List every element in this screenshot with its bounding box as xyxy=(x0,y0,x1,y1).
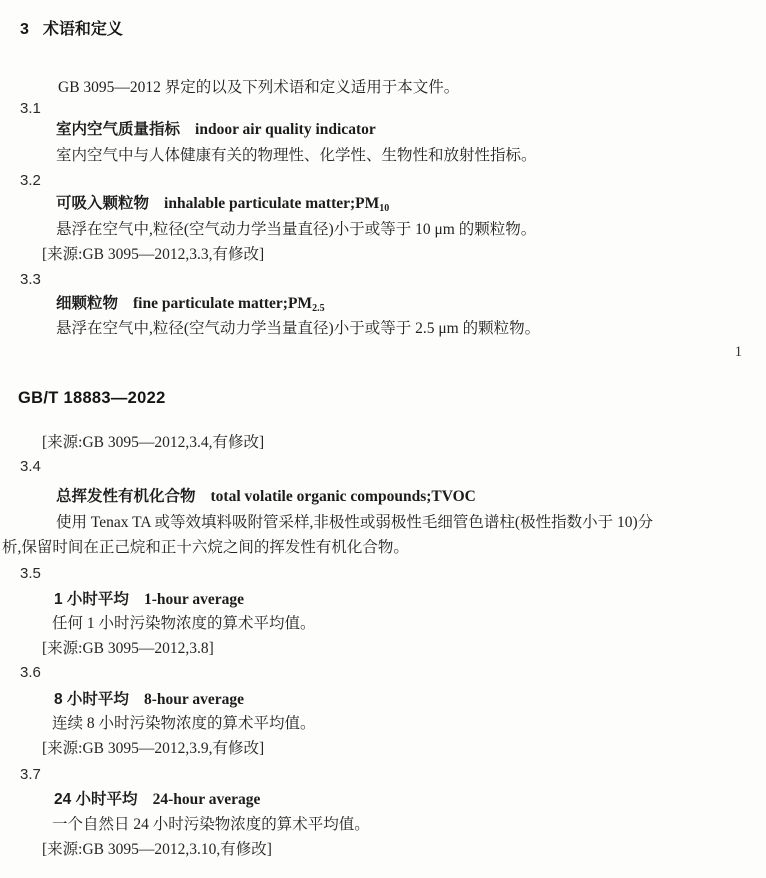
term-3-5-zh: 1 小时平均 xyxy=(54,591,129,608)
term-3-2-number: 3.2 xyxy=(20,172,41,190)
term-3-1-title: 室内空气质量指标indoor air quality indicator xyxy=(56,121,376,139)
term-3-3-number: 3.3 xyxy=(20,271,41,289)
term-3-4-definition-line2: 析,保留时间在正己烷和正十六烷之间的挥发性有机化合物。 xyxy=(2,539,409,557)
term-3-1-en: indoor air quality indicator xyxy=(195,121,376,138)
term-3-3-zh: 细颗粒物 xyxy=(56,295,118,312)
term-3-4-definition-line1: 使用 Tenax TA 或等效填料吸附管采样,非极性或弱极性毛细管色谱柱(极性指… xyxy=(56,514,653,532)
term-3-5-title: 1 小时平均1-hour average xyxy=(54,591,244,609)
term-3-2-definition: 悬浮在空气中,粒径(空气动力学当量直径)小于或等于 10 μm 的颗粒物。 xyxy=(56,221,536,239)
term-3-5-source: [来源:GB 3095—2012,3.8] xyxy=(42,640,214,658)
term-3-5-number: 3.5 xyxy=(20,565,41,583)
term-3-3-source: [来源:GB 3095—2012,3.4,有修改] xyxy=(42,434,264,452)
term-3-3-en: fine particulate matter;PM xyxy=(133,295,312,312)
term-3-7-en: 24-hour average xyxy=(153,791,261,808)
term-3-7-zh: 24 小时平均 xyxy=(54,791,138,808)
term-3-7-title: 24 小时平均24-hour average xyxy=(54,791,260,809)
clause-number: 3 xyxy=(20,21,29,38)
term-3-6-title: 8 小时平均8-hour average xyxy=(54,691,244,709)
term-3-6-en: 8-hour average xyxy=(144,691,244,708)
term-3-1-number: 3.1 xyxy=(20,100,41,118)
clause-heading: 3术语和定义 xyxy=(20,21,123,39)
document-page: 3术语和定义 GB 3095—2012 界定的以及下列术语和定义适用于本文件。 … xyxy=(0,0,766,878)
term-3-3-definition: 悬浮在空气中,粒径(空气动力学当量直径)小于或等于 2.5 μm 的颗粒物。 xyxy=(56,320,540,338)
term-3-5-definition: 任何 1 小时污染物浓度的算术平均值。 xyxy=(52,615,316,633)
intro-paragraph: GB 3095—2012 界定的以及下列术语和定义适用于本文件。 xyxy=(58,79,459,97)
term-3-6-source: [来源:GB 3095—2012,3.9,有修改] xyxy=(42,740,264,758)
term-3-2-sub: 10 xyxy=(379,203,389,214)
term-3-7-source: [来源:GB 3095—2012,3.10,有修改] xyxy=(42,841,272,859)
term-3-2-zh: 可吸入颗粒物 xyxy=(56,195,149,212)
term-3-7-definition: 一个自然日 24 小时污染物浓度的算术平均值。 xyxy=(52,816,370,834)
term-3-4-title: 总挥发性有机化合物total volatile organic compound… xyxy=(56,488,476,506)
term-3-7-number: 3.7 xyxy=(20,766,41,784)
running-header: GB/T 18883—2022 xyxy=(18,389,166,407)
term-3-3-title: 细颗粒物fine particulate matter;PM2.5 xyxy=(56,295,325,313)
term-3-3-sub: 2.5 xyxy=(312,303,325,314)
term-3-1-zh: 室内空气质量指标 xyxy=(56,121,180,138)
term-3-2-title: 可吸入颗粒物inhalable particulate matter;PM10 xyxy=(56,195,389,213)
term-3-6-zh: 8 小时平均 xyxy=(54,691,129,708)
term-3-6-definition: 连续 8 小时污染物浓度的算术平均值。 xyxy=(52,715,316,733)
term-3-2-en: inhalable particulate matter;PM xyxy=(164,195,379,212)
term-3-2-source: [来源:GB 3095—2012,3.3,有修改] xyxy=(42,246,264,264)
clause-title: 术语和定义 xyxy=(43,21,123,38)
term-3-4-number: 3.4 xyxy=(20,458,41,476)
term-3-5-en: 1-hour average xyxy=(144,591,244,608)
term-3-1-definition: 室内空气中与人体健康有关的物理性、化学性、生物性和放射性指标。 xyxy=(56,147,537,165)
page-number: 1 xyxy=(735,343,742,361)
term-3-4-en: total volatile organic compounds;TVOC xyxy=(211,488,476,505)
term-3-4-zh: 总挥发性有机化合物 xyxy=(56,488,196,505)
term-3-6-number: 3.6 xyxy=(20,664,41,682)
